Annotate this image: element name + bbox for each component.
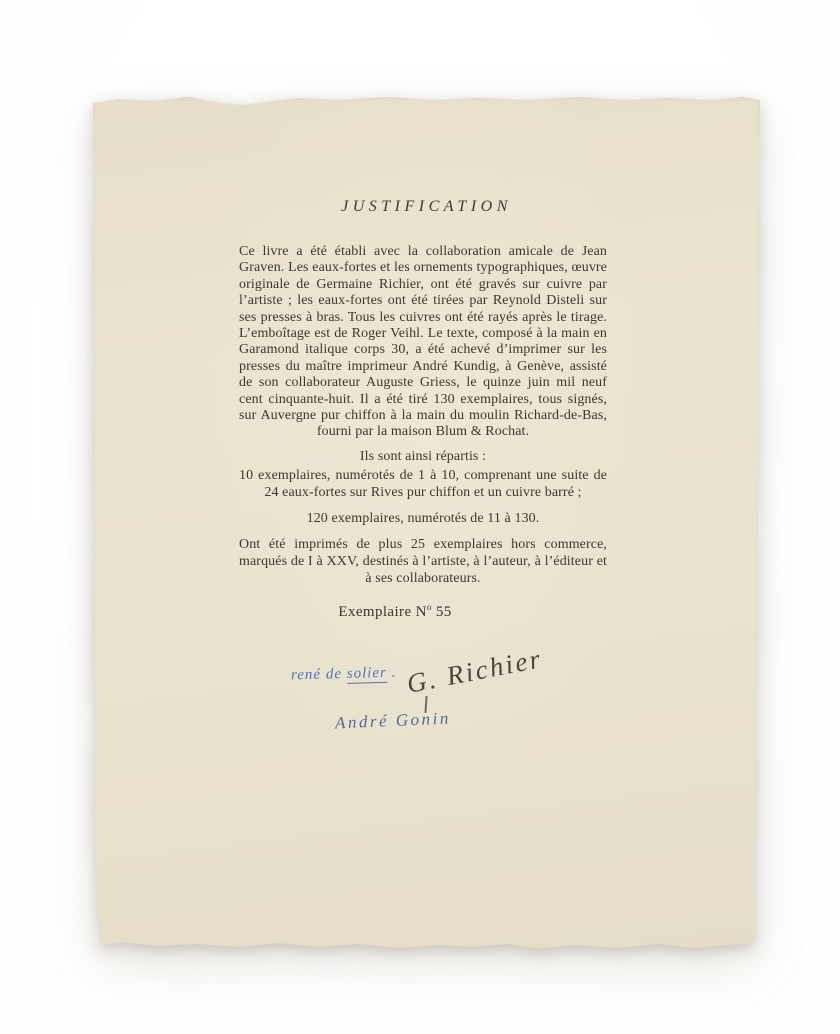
signature-solier-underlined: solier	[347, 665, 388, 684]
exemplaire-number: 55	[432, 604, 452, 620]
lot-1-paragraph: 10 exemplaires, numérotés de 1 à 10, com…	[239, 467, 607, 501]
signature-solier-prefix: rené de	[291, 666, 347, 683]
colophon-page: JUSTIFICATION Ce livre a été établi avec…	[93, 95, 760, 950]
signature-solier-period: .	[387, 665, 397, 681]
signature-g-richier: G. Richier	[404, 643, 545, 700]
distribution-heading: Ils sont ainsi répartis :	[239, 448, 607, 465]
photo-background: JUSTIFICATION Ce livre a été établi avec…	[0, 0, 840, 1034]
text-column: Ce livre a été établi avec la collaborat…	[239, 244, 607, 620]
signature-rene-de-solier: rené de solier .	[291, 665, 397, 685]
colophon-paragraph: Ce livre a été établi avec la collaborat…	[239, 244, 607, 441]
signature-andre-gonin: André Gonin	[335, 708, 452, 733]
page-title: JUSTIFICATION	[93, 198, 760, 216]
exemplaire-label: Exemplaire N	[338, 604, 427, 620]
lot-2-paragraph: 120 exemplaires, numérotés de 11 à 130.	[239, 510, 607, 527]
exemplaire-number-line: Exemplaire No55	[211, 604, 579, 620]
paper-sheet: JUSTIFICATION Ce livre a été établi avec…	[93, 95, 760, 950]
hors-commerce-paragraph: Ont été imprimés de plus 25 exemplaires …	[239, 536, 607, 587]
